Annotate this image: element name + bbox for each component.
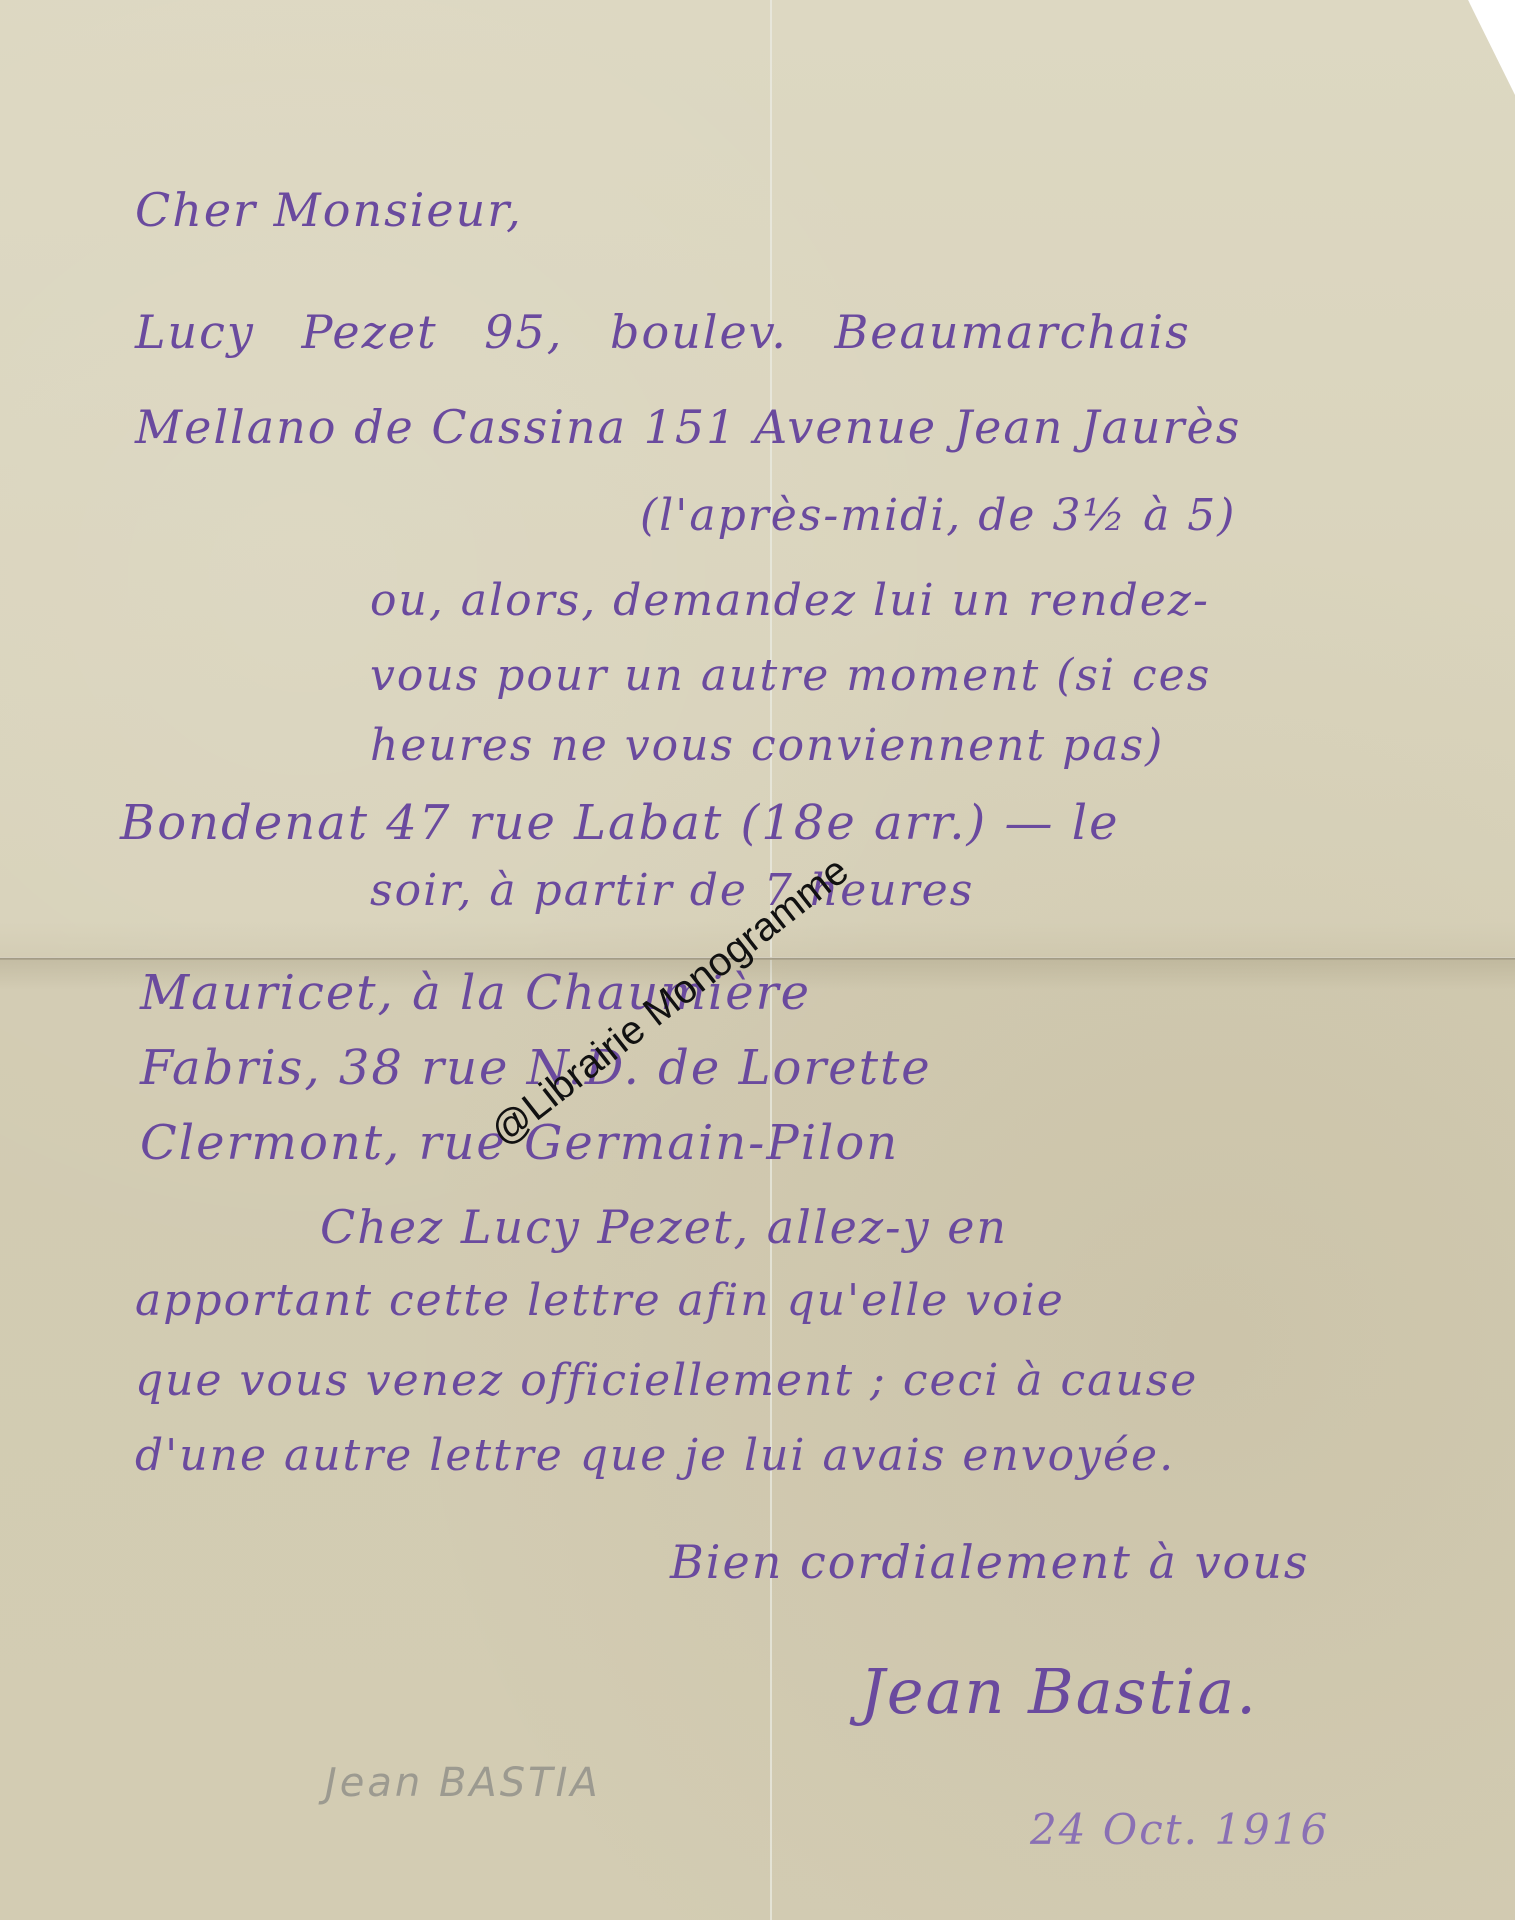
letter-line: ou, alors, demandez lui un rendez- — [370, 575, 1210, 626]
signature: Jean Bastia. — [860, 1655, 1258, 1728]
letter-line: (l'après-midi, de 3½ à 5) — [640, 490, 1236, 541]
pencil-annotation: Jean BASTIA — [325, 1760, 601, 1806]
letter-line: que vous venez officiellement ; ceci à c… — [135, 1355, 1198, 1406]
folded-corner — [1468, 0, 1515, 88]
letter-line: d'une autre lettre que je lui avais envo… — [135, 1430, 1175, 1481]
letter-line: heures ne vous conviennent pas) — [370, 720, 1164, 771]
letter-line: Chez Lucy Pezet, allez-y en — [320, 1200, 1008, 1254]
letter-line: vous pour un autre moment (si ces — [370, 650, 1211, 701]
letter-line: Bondenat 47 rue Labat (18e arr.) — le — [120, 795, 1120, 851]
closing: Bien cordialement à vous — [670, 1535, 1310, 1589]
letter-paper: Cher Monsieur, Lucy Pezet 95, boulev. Be… — [0, 0, 1515, 1920]
greeting: Cher Monsieur, — [135, 183, 523, 237]
letter-line: Lucy Pezet 95, boulev. Beaumarchais — [135, 305, 1191, 359]
letter-line: Mellano de Cassina 151 Avenue Jean Jaurè… — [135, 400, 1241, 454]
letter-date: 24 Oct. 1916 — [1030, 1805, 1329, 1854]
letter-line: apportant cette lettre afin qu'elle voie — [135, 1275, 1065, 1326]
letter-line: soir, à partir de 7 heures — [370, 865, 974, 916]
